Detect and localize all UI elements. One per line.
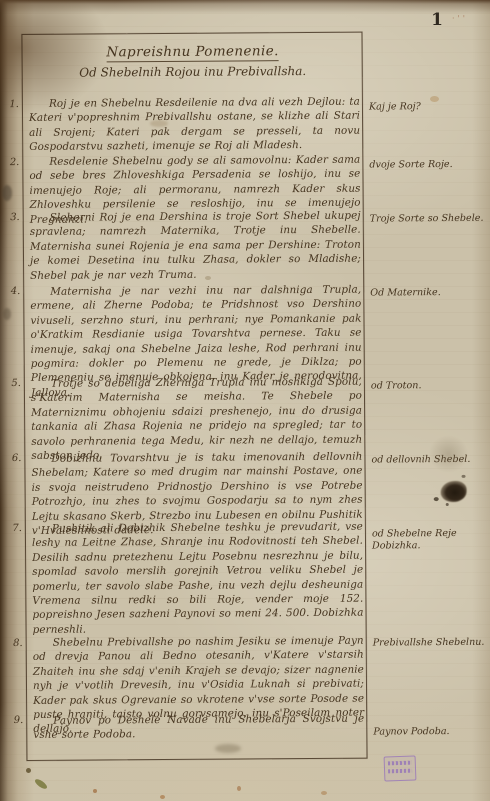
margin-note-8: Prebivallshe Shebelnu.	[373, 637, 489, 650]
stain	[321, 791, 327, 795]
stain	[26, 768, 31, 773]
paragraph-number-9: 9.	[6, 715, 23, 726]
page-title: Napreishnu Pomenenie. Od Shebelnih Rojou…	[57, 40, 327, 80]
paragraph-number-5: 5.	[4, 378, 21, 389]
stain	[3, 308, 11, 320]
stain	[205, 276, 211, 280]
stain	[237, 786, 241, 791]
paragraph-number-2: 2.	[2, 157, 19, 168]
ink-blot	[432, 473, 474, 511]
paragraph-9: Paynov po Deshele Navade inu Shebelarja …	[33, 712, 364, 743]
stain	[2, 185, 12, 201]
margin-note-2: dvoje Sorte Roje.	[369, 159, 485, 172]
stain	[430, 96, 439, 102]
paragraph-number-3: 3.	[3, 212, 20, 223]
stain	[215, 744, 241, 753]
paragraph-7: Pushitik ali Dobizhik Shebelne teshku je…	[32, 520, 364, 638]
margin-note-7: od Shebelne Reje Dobizhka.	[372, 528, 488, 553]
paragraph-number-7: 7.	[5, 523, 22, 534]
stain	[93, 789, 97, 793]
stain	[150, 120, 168, 127]
margin-note-5: od Troton.	[371, 380, 487, 393]
paragraph-3: Sleherni Roj je ena Dershina is troje So…	[30, 209, 361, 283]
paragraph-number-6: 6.	[4, 453, 21, 464]
margin-note-1: Kaj je Roj?	[369, 101, 485, 114]
paragraph-1: Roj je en Shebelnu Resdeilenie na dva al…	[29, 95, 360, 155]
paragraph-number-4: 4.	[3, 286, 20, 297]
margin-note-4: Od Maternike.	[370, 287, 486, 300]
margin-note-9: Paynov Podoba.	[373, 726, 489, 739]
ink-smudge	[428, 435, 468, 473]
paragraph-number-8: 8.	[6, 638, 23, 649]
margin-note-3: Troje Sorte so Shebele.	[370, 213, 486, 226]
manuscript-page: 1 ·'' Napreishnu Pomenenie. Od Shebelnih…	[0, 0, 490, 801]
stain	[160, 795, 165, 799]
title-line-1: Napreishnu Pomenenie.	[106, 43, 279, 62]
title-line-2: Od Shebelnih Rojou inu Prebivallsha.	[58, 64, 328, 80]
manuscript-sheet: Napreishnu Pomenenie. Od Shebelnih Rojou…	[0, 0, 490, 801]
library-stamp-icon	[384, 755, 417, 781]
paragraph-number-1: 1.	[2, 99, 19, 110]
